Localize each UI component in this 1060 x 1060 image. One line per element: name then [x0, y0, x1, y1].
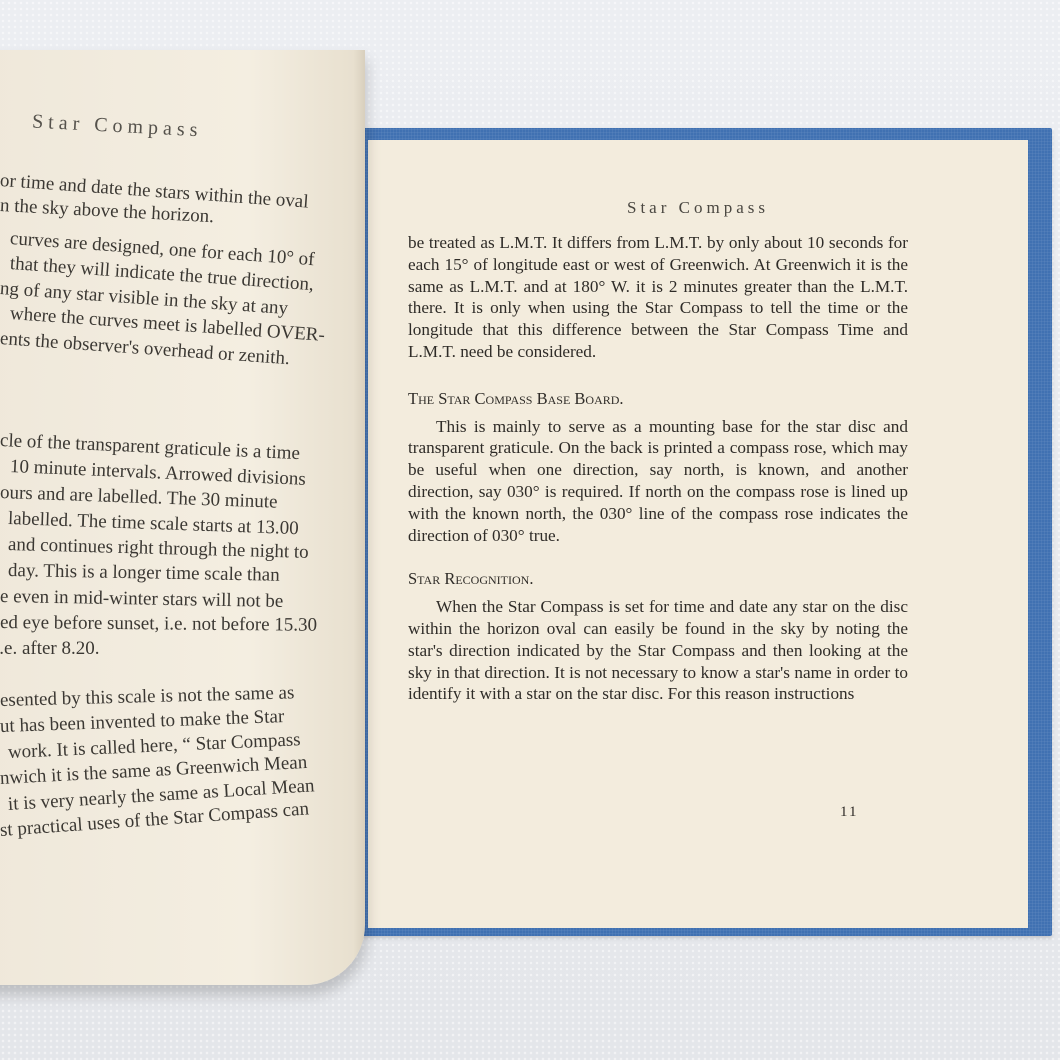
section-heading-star-recognition: Star Recognition. — [408, 568, 908, 590]
section-text-star-recognition: When the Star Compass is set for time an… — [408, 596, 908, 705]
text-line: day. This is a longer time scale than — [8, 560, 280, 587]
section-heading-base-board: The Star Compass Base Board. — [408, 388, 908, 410]
text-line: e even in mid-winter stars will not be — [0, 586, 284, 613]
section-text-base-board: This is mainly to serve as a mounting ba… — [408, 416, 908, 547]
right-page: Star Compass be treated as L.M.T. It dif… — [368, 140, 1028, 928]
left-page: Star Compass or time and date the stars … — [0, 50, 365, 985]
intro-paragraph: be treated as L.M.T. It differs from L.M… — [408, 232, 908, 363]
page-number: 11 — [840, 804, 858, 821]
running-head: Star Compass — [32, 111, 204, 143]
running-head: Star Compass — [368, 198, 1028, 218]
text-line: i.e. after 8.20. — [0, 638, 100, 660]
page-body: be treated as L.M.T. It differs from L.M… — [408, 232, 908, 705]
text-line: ed eye before sunset, i.e. not before 15… — [0, 612, 317, 637]
